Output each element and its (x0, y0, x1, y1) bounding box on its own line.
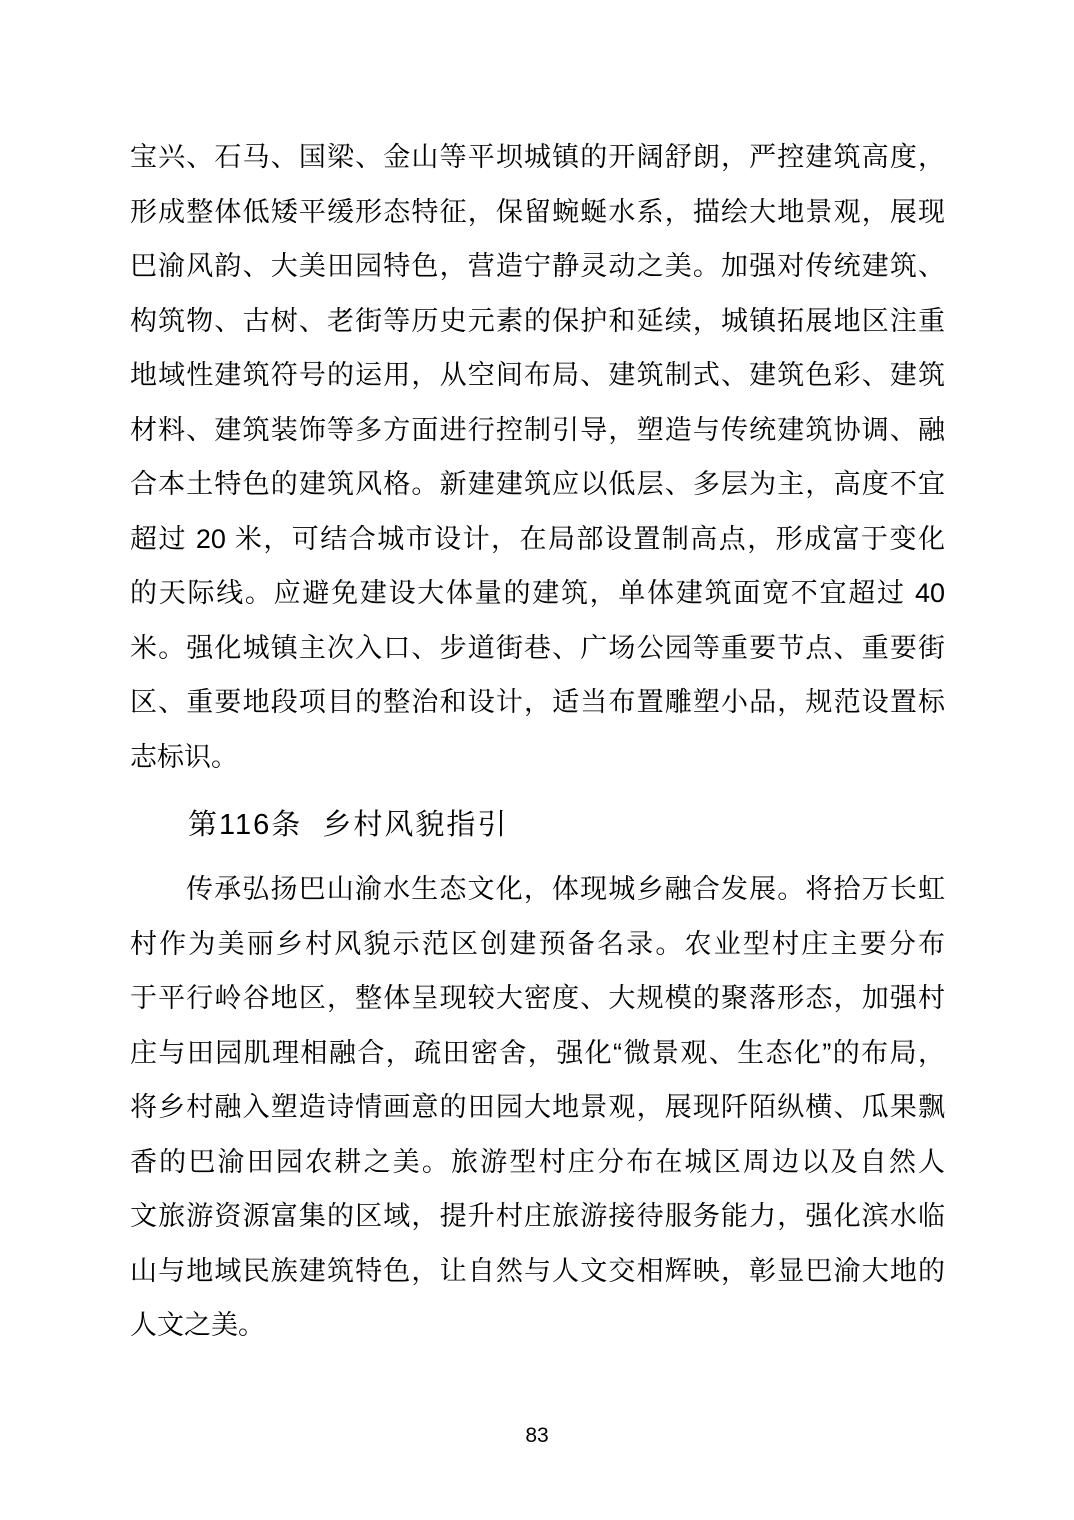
body-line: 文旅游资源富集的区域，提升村庄旅游接待服务能力，强化滨水临 (130, 1189, 945, 1244)
body-line: 人文之美。 (130, 1298, 945, 1353)
body-line: 的天际线。应避免建设大体量的建筑，单体建筑面宽不宜超过 40 (130, 566, 945, 621)
paragraph-town-style: 宝兴、石马、国梁、金山等平坝城镇的开阔舒朗，严控建筑高度， 形成整体低矮平缓形态… (130, 130, 945, 784)
body-line: 香的巴渝田园农耕之美。旅游型村庄分布在城区周边以及自然人 (130, 1135, 945, 1190)
body-line: 于平行岭谷地区，整体呈现较大密度、大规模的聚落形态，加强村 (130, 971, 945, 1026)
body-line: 巴渝风韵、大美田园特色，营造宁静灵动之美。加强对传统建筑、 (130, 239, 945, 294)
body-line: 超过 20 米，可结合城市设计，在局部设置制高点，形成富于变化 (130, 512, 945, 567)
body-line: 村作为美丽乡村风貌示范区创建预备名录。农业型村庄主要分布 (130, 917, 945, 972)
body-line: 材料、建筑装饰等多方面进行控制引导，塑造与传统建筑协调、融 (130, 403, 945, 458)
body-line: 构筑物、古树、老街等历史元素的保护和延续，城镇拓展地区注重 (130, 294, 945, 349)
body-line: 传承弘扬巴山渝水生态文化，体现城乡融合发展。将拾万长虹 (130, 862, 945, 917)
body-line: 形成整体低矮平缓形态特征，保留蜿蜒水系，描绘大地景观，展现 (130, 185, 945, 240)
paragraph-village-style: 传承弘扬巴山渝水生态文化，体现城乡融合发展。将拾万长虹 村作为美丽乡村风貌示范区… (130, 862, 945, 1353)
body-line: 区、重要地段项目的整治和设计，适当布置雕塑小品，规范设置标 (130, 675, 945, 730)
body-line: 山与地域民族建筑特色，让自然与人文交相辉映，彰显巴渝大地的 (130, 1244, 945, 1299)
article-heading: 第116条 乡村风貌指引 (130, 798, 945, 852)
page-number-footer: 83 (0, 1424, 1074, 1448)
document-page: 宝兴、石马、国梁、金山等平坝城镇的开阔舒朗，严控建筑高度， 形成整体低矮平缓形态… (0, 0, 1074, 1520)
page-content: 宝兴、石马、国梁、金山等平坝城镇的开阔舒朗，严控建筑高度， 形成整体低矮平缓形态… (130, 130, 945, 1353)
body-line: 宝兴、石马、国梁、金山等平坝城镇的开阔舒朗，严控建筑高度， (130, 130, 945, 185)
body-line: 将乡村融入塑造诗情画意的田园大地景观，展现阡陌纵横、瓜果飘 (130, 1080, 945, 1135)
body-line: 合本土特色的建筑风格。新建建筑应以低层、多层为主，高度不宜 (130, 457, 945, 512)
body-line: 地域性建筑符号的运用，从空间布局、建筑制式、建筑色彩、建筑 (130, 348, 945, 403)
body-line: 庄与田园肌理相融合，疏田密舍，强化“微景观、生态化”的布局， (130, 1026, 945, 1081)
body-line: 志标识。 (130, 730, 945, 785)
body-line: 米。强化城镇主次入口、步道街巷、广场公园等重要节点、重要街 (130, 621, 945, 676)
